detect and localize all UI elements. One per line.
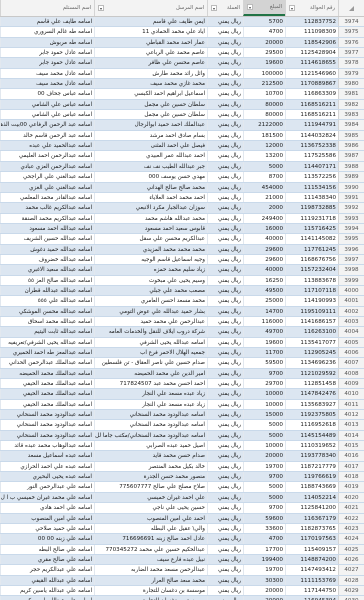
cell-transfer-no[interactable]: 118542906 xyxy=(285,38,338,47)
filter-dropdown-icon[interactable]: ▾ xyxy=(98,5,104,11)
table-row[interactable]: 3978111461865519600ريال يمنيعاصم محسن عل… xyxy=(0,58,364,68)
table-row[interactable]: 39801170889867212500ريال يمنيمحمد غازي م… xyxy=(0,79,364,89)
cell-receiver[interactable]: اسامه عبدالودود محمد السنحاني xyxy=(0,420,94,429)
table-row[interactable]: 402211636717959600ريال يمنياحمد علي امين… xyxy=(0,514,364,524)
cell-currency[interactable]: ريال يمني xyxy=(207,514,243,523)
cell-sender[interactable]: محمد صالح صالح الهداني xyxy=(94,183,207,192)
table-row[interactable]: 4017118721777919700ريال يمنيخالد بكيل مح… xyxy=(0,462,364,472)
row-number[interactable]: 4012 xyxy=(338,410,364,419)
cell-receiver[interactable]: اسامه عبدالملك محمد الحميضه xyxy=(0,369,94,378)
row-number[interactable]: 3975 xyxy=(338,27,364,36)
cell-amount[interactable]: 2122000 xyxy=(243,120,285,129)
cell-amount[interactable]: 25000 xyxy=(243,296,285,305)
cell-sender[interactable]: وسيم يحيى علي مبخوت xyxy=(94,276,207,285)
row-number[interactable]: 4030 xyxy=(338,596,364,600)
row-number[interactable]: 3993 xyxy=(338,214,364,223)
table-row[interactable]: 401411451544895000ريال يمنياسامه عبدالود… xyxy=(0,431,364,441)
row-number[interactable]: 3989 xyxy=(338,172,364,181)
cell-amount[interactable]: 40000 xyxy=(243,234,285,243)
cell-amount[interactable]: 29600 xyxy=(243,245,285,254)
cell-sender[interactable]: محمد محمد محمد المزيدي xyxy=(94,245,207,254)
cell-currency[interactable]: ريال يمني xyxy=(207,472,243,481)
row-number[interactable]: 4005 xyxy=(338,338,364,347)
cell-sender[interactable]: قابوس سعيد احمد مسعود xyxy=(94,224,207,233)
cell-amount[interactable]: 19700 xyxy=(243,565,285,574)
cell-currency[interactable]: ريال يمني xyxy=(207,565,243,574)
row-number[interactable]: 4025 xyxy=(338,545,364,554)
cell-sender[interactable]: صدام حسين علي ناصر العقاق - تن فلسطين xyxy=(94,358,207,367)
cell-currency[interactable]: ريال يمني xyxy=(207,482,243,491)
row-number[interactable]: 4011 xyxy=(338,400,364,409)
table-row[interactable]: 3977112542890429500ريال يمنيعاصم محمد عل… xyxy=(0,48,364,58)
row-number[interactable]: 4014 xyxy=(338,431,364,440)
cell-currency[interactable]: ريال يمني xyxy=(207,379,243,388)
row-number[interactable]: 3986 xyxy=(338,141,364,150)
row-number[interactable]: 4002 xyxy=(338,307,364,316)
table-row[interactable]: 3982116851621180000ريال يمنيسلطان حسين ع… xyxy=(0,100,364,110)
cell-amount[interactable]: 11700 xyxy=(243,348,285,357)
table-row[interactable]: 4005113541707719600ريال يمنياسامه عبدالل… xyxy=(0,338,364,348)
cell-sender[interactable]: سلطان حسين علي مجمل xyxy=(94,100,207,109)
cell-amount[interactable]: 181500 xyxy=(243,131,285,140)
cell-sender[interactable]: شركة دروب ايلاف للنقل والخدمات العامه xyxy=(94,327,207,336)
cell-transfer-no[interactable]: 117107118 xyxy=(285,286,338,295)
cell-receiver[interactable]: اسامه عبده يحيى البحيري xyxy=(0,472,94,481)
cell-currency[interactable]: ريال يمني xyxy=(207,183,243,192)
cell-sender[interactable]: علي احمد غيران خميسي xyxy=(94,493,207,502)
cell-receiver[interactable]: اسامه عبدالقادر محمد المعلمي xyxy=(0,193,94,202)
cell-currency[interactable]: ريال يمني xyxy=(207,100,243,109)
cell-transfer-no[interactable]: 113572256 xyxy=(285,172,338,181)
cell-currency[interactable]: ريال يمني xyxy=(207,451,243,460)
cell-sender[interactable]: محمد مسعد احسن العامري xyxy=(94,296,207,305)
cell-receiver[interactable]: اسامه علي احمد هادي xyxy=(0,503,94,512)
cell-sender[interactable]: بشار حميد عبدالله علي عوض التومي xyxy=(94,307,207,316)
table-row[interactable]: 3983116851621180000ريال يمنيسلطان حسين ع… xyxy=(0,110,364,120)
cell-amount[interactable]: 16000 xyxy=(243,224,285,233)
cell-receiver[interactable]: اسامه عبد الرحمن الرفاعي 00بيت الذهب xyxy=(0,120,94,129)
cell-currency[interactable]: ريال يمني xyxy=(207,79,243,88)
cell-amount[interactable]: 5000 xyxy=(243,420,285,429)
cell-amount[interactable]: 212500 xyxy=(243,79,285,88)
cell-receiver[interactable]: اسامه عبدالله يحيى الشرفي/تعريفيه xyxy=(0,338,94,347)
cell-receiver[interactable]: اسامه عبد الرحمن قاسم خالد xyxy=(0,131,94,140)
row-number[interactable]: 4006 xyxy=(338,348,364,357)
cell-amount[interactable]: 80000 xyxy=(243,110,285,119)
cell-receiver[interactable]: اسامه عبده علي احمد الحرازي xyxy=(0,462,94,471)
row-number[interactable]: 4020 xyxy=(338,493,364,502)
table-row[interactable]: 39791121546960100000ريال يمنيوائل رائد م… xyxy=(0,69,364,79)
cell-amount[interactable]: 29600 xyxy=(243,255,285,264)
cell-sender[interactable]: احمد علي امين المنصوب xyxy=(94,514,207,523)
cell-transfer-no[interactable]: 116263100 xyxy=(285,327,338,336)
cell-receiver[interactable]: اسامه عبدالغني علي الغزي xyxy=(0,183,94,192)
cell-sender[interactable]: اسامه عبدالودود محمد السنحاني/مكتب جاما … xyxy=(94,431,207,440)
row-number[interactable]: 4018 xyxy=(338,472,364,481)
cell-sender[interactable]: صلاح مصلح علي صالح 775607777 xyxy=(94,482,207,491)
cell-receiver[interactable]: اسامه عبدالوهاب محمد عبده قائد xyxy=(0,441,94,450)
cell-currency[interactable]: ريال يمني xyxy=(207,462,243,471)
cell-amount[interactable]: 17700 xyxy=(243,545,285,554)
cell-transfer-no[interactable]: 1168516211 xyxy=(285,110,338,119)
row-number[interactable]: 4009 xyxy=(338,379,364,388)
cell-amount[interactable]: 59500 xyxy=(243,358,285,367)
cell-amount[interactable]: 249400 xyxy=(243,214,285,223)
cell-receiver[interactable]: اسامه علي عبدالله القيفي xyxy=(0,576,94,585)
row-number[interactable]: 4008 xyxy=(338,369,364,378)
cell-sender[interactable]: اسامه عبدالودود محمد السنحاني xyxy=(94,420,207,429)
filter-dropdown-icon[interactable]: ▾ xyxy=(247,4,253,10)
table-row[interactable]: 39841119447912122000ريال يمنيعبدالملك اح… xyxy=(0,120,364,130)
table-row[interactable]: 40181197666199700ريال يمنيمنصور محمد حسن… xyxy=(0,472,364,482)
row-number[interactable]: 4007 xyxy=(338,358,364,367)
cell-amount[interactable]: 20000 xyxy=(243,596,285,600)
row-number[interactable]: 4010 xyxy=(338,389,364,398)
table-row[interactable]: 399611776124529600ريال يمنيمحمد محمد محم… xyxy=(0,245,364,255)
table-row[interactable]: 401311169526185000ريال يمنياسامه عبدالود… xyxy=(0,420,364,430)
cell-receiver[interactable]: اسامه عبده اسماعيل مسعد xyxy=(0,451,94,460)
cell-sender[interactable]: عبدالرحمن علي محمد حميد xyxy=(94,317,207,326)
cell-sender[interactable]: محمد عبدالله هاشم محمد xyxy=(94,214,207,223)
cell-currency[interactable]: ريال يمني xyxy=(207,141,243,150)
cell-currency[interactable]: ريال يمني xyxy=(207,545,243,554)
cell-receiver[interactable]: اسامه علي صالح البطه xyxy=(0,545,94,554)
cell-currency[interactable]: ريال يمني xyxy=(207,420,243,429)
header-amount[interactable]: المبلغ ▾ xyxy=(243,0,285,16)
row-number[interactable]: 3974 xyxy=(338,17,364,26)
cell-currency[interactable]: ريال يمني xyxy=(207,296,243,305)
row-number[interactable]: 4023 xyxy=(338,524,364,533)
cell-sender[interactable]: اياد علي محمد الحمادي 11 xyxy=(94,27,207,36)
cell-receiver[interactable]: اسامه عبدالله ثابت اليتيم xyxy=(0,327,94,336)
cell-amount[interactable]: 5000 xyxy=(243,482,285,491)
cell-transfer-no[interactable]: 114407171 xyxy=(285,162,338,171)
cell-currency[interactable]: ريال يمني xyxy=(207,214,243,223)
cell-receiver[interactable]: اسامه عبدالله احمد مسعود xyxy=(0,224,94,233)
cell-receiver[interactable]: اسامه عبدالودود محمد السنحاني xyxy=(0,431,94,440)
cell-receiver[interactable]: اسامه علي عبدالكريم حجر xyxy=(0,565,94,574)
cell-receiver[interactable]: اسامه عبدالملك محمد الحيفي xyxy=(0,389,94,398)
cell-amount[interactable]: 20000 xyxy=(243,451,285,460)
cell-sender[interactable]: بسام صادق احمد مرشد xyxy=(94,131,207,140)
cell-transfer-no[interactable]: 1121029592 xyxy=(285,369,338,378)
cell-amount[interactable]: 10700 xyxy=(243,89,285,98)
cell-currency[interactable]: ريال يمني xyxy=(207,110,243,119)
cell-currency[interactable]: ريال يمني xyxy=(207,27,243,36)
cell-amount[interactable]: 16250 xyxy=(243,276,285,285)
table-row[interactable]: 39881144071715000ريال يمنيجبر عبدالله ال… xyxy=(0,162,364,172)
cell-currency[interactable]: ريال يمني xyxy=(207,524,243,533)
cell-receiver[interactable]: اسامه عبدالله سعيد الاغبري xyxy=(0,265,94,274)
header-transfer-no[interactable]: رقم الحوالة ▾ xyxy=(285,0,338,16)
cell-currency[interactable]: ريال يمني xyxy=(207,400,243,409)
row-number[interactable]: 4015 xyxy=(338,441,364,450)
row-number[interactable]: 3976 xyxy=(338,38,364,47)
cell-transfer-no[interactable]: 114190993 xyxy=(285,296,338,305)
table-row[interactable]: 3998115723240440000ريال يمنيزياد سليم مح… xyxy=(0,265,364,275)
cell-sender[interactable]: احمد عبدالله عمر العبيدي xyxy=(94,151,207,160)
cell-sender[interactable]: عبدالكريم محسن علي سقل xyxy=(94,234,207,243)
cell-sender[interactable]: اسماعيل ابراهيم احمد الكبسي xyxy=(94,89,207,98)
cell-receiver[interactable]: اسامه عباس علي الشامي xyxy=(0,110,94,119)
cell-currency[interactable]: ريال يمني xyxy=(207,17,243,26)
cell-transfer-no[interactable]: 1145154489 xyxy=(285,431,338,440)
cell-transfer-no[interactable]: 1188743669 xyxy=(285,482,338,491)
table-row[interactable]: 3997116867675629600ريال يمنيوجيه اسماعيل… xyxy=(0,255,364,265)
table-row[interactable]: 399411571642516000ريال يمنيقابوس سعيد اح… xyxy=(0,224,364,234)
cell-sender[interactable]: زياد سليم محمد حمزه xyxy=(94,265,207,274)
cell-currency[interactable]: ريال يمني xyxy=(207,286,243,295)
cell-receiver[interactable]: اسامه علي عبدالرحمن النور xyxy=(0,482,94,491)
row-number[interactable]: 4004 xyxy=(338,327,364,336)
cell-amount[interactable]: 30300 xyxy=(243,576,285,585)
cell-transfer-no[interactable]: 1111153769 xyxy=(285,576,338,585)
cell-receiver[interactable]: اسامه عبدالله حسين الشريف xyxy=(0,234,94,243)
table-row[interactable]: 4007113469623659500ريال يمنيصدام حسين عل… xyxy=(0,358,364,368)
cell-amount[interactable]: 13200 xyxy=(243,151,285,160)
cell-amount[interactable]: 9700 xyxy=(243,503,285,512)
cell-sender[interactable]: زياد عبده مسعد علي النجار xyxy=(94,400,207,409)
cell-amount[interactable]: 15000 xyxy=(243,410,285,419)
cell-receiver[interactable]: اسامه عبدالودود محمد السنحاني xyxy=(0,410,94,419)
row-number[interactable]: 3983 xyxy=(338,110,364,119)
cell-transfer-no[interactable]: 1157232404 xyxy=(285,265,338,274)
table-row[interactable]: 399111143834021000ريال يمنياحمد محمد احم… xyxy=(0,193,364,203)
cell-sender[interactable]: امير الدين علي محمد الحميضه xyxy=(94,369,207,378)
cell-receiver[interactable]: اسامه عادل محمد سيف xyxy=(0,79,94,88)
cell-sender[interactable]: سوزان عبدالجبار مكرد الانبعي xyxy=(94,203,207,212)
cell-amount[interactable]: 49700 xyxy=(243,327,285,336)
table-row[interactable]: 399911388367816250ريال يمنيوسيم يحيى علي… xyxy=(0,276,364,286)
cell-currency[interactable]: ريال يمني xyxy=(207,348,243,357)
row-number[interactable]: 3978 xyxy=(338,58,364,67)
cell-receiver[interactable]: اسامه علي عبدالله ياسين كريم xyxy=(0,596,94,600)
table-row[interactable]: 39851144032824181500ريال يمنيبسام صادق ا… xyxy=(0,131,364,141)
cell-transfer-no[interactable]: 112851458 xyxy=(285,379,338,388)
cell-sender[interactable]: اسامه عبدالودود محمد السنحاني xyxy=(94,410,207,419)
table-row[interactable]: 40261148874200199400ريال يمنينبيل عبده ف… xyxy=(0,555,364,565)
cell-currency[interactable]: ريال يمني xyxy=(207,596,243,600)
table-row[interactable]: 398111686330910700ريال يمنياسماعيل ابراه… xyxy=(0,89,364,99)
table-row[interactable]: 4010114784247610000ريال يمنيزياد عبده مس… xyxy=(0,389,364,399)
table-row[interactable]: 402911714475020000ريال يمنيموسسة بن دغسا… xyxy=(0,586,364,596)
cell-transfer-no[interactable]: 1136752338 xyxy=(285,141,338,150)
row-number[interactable]: 3988 xyxy=(338,162,364,171)
cell-amount[interactable]: 4700 xyxy=(243,27,285,36)
table-row[interactable]: 400111419099325000ريال يمنيمحمد مسعد احس… xyxy=(0,296,364,306)
cell-sender[interactable]: عبدالرحمن مسعد محمد الضاربه xyxy=(94,565,207,574)
header-receiver[interactable]: اسم المستلم xyxy=(0,0,94,16)
cell-transfer-no[interactable]: 117761245 xyxy=(285,245,338,254)
cell-transfer-no[interactable]: 116367179 xyxy=(285,514,338,523)
cell-receiver[interactable]: اسامه عبدالله عبدالله قطران xyxy=(0,286,94,295)
cell-transfer-no[interactable]: 1121546960 xyxy=(285,69,338,78)
cell-transfer-no[interactable]: 1147493412 xyxy=(285,565,338,574)
cell-currency[interactable]: ريال يمني xyxy=(207,193,243,202)
cell-amount[interactable]: 5700 xyxy=(243,17,285,26)
cell-amount[interactable]: 5000 xyxy=(243,431,285,440)
cell-currency[interactable]: ريال يمني xyxy=(207,48,243,57)
cell-transfer-no[interactable]: 1195109111 xyxy=(285,307,338,316)
cell-sender[interactable]: محمد غازي محمد سيف xyxy=(94,79,207,88)
row-number[interactable]: 3990 xyxy=(338,183,364,192)
cell-amount[interactable]: 10000 xyxy=(243,389,285,398)
table-row[interactable]: 397611854290620000ريال يمنيعمار احمد محم… xyxy=(0,38,364,48)
cell-currency[interactable]: ريال يمني xyxy=(207,503,243,512)
cell-transfer-no[interactable]: 1119231718 xyxy=(285,214,338,223)
cell-amount[interactable]: 116000 xyxy=(243,317,285,326)
row-number[interactable]: 4027 xyxy=(338,565,364,574)
cell-amount[interactable]: 199400 xyxy=(243,555,285,564)
cell-sender[interactable]: والي\ عقيل علي البطله xyxy=(94,524,207,533)
cell-receiver[interactable]: اسامه عبدالكريم محمد الصنقة xyxy=(0,214,94,223)
table-row[interactable]: 3990111534156454000ريال يمنيمحمد صالح صا… xyxy=(0,183,364,193)
cell-sender[interactable]: نبيل عبده فارع سيف xyxy=(94,555,207,564)
cell-amount[interactable]: 454000 xyxy=(243,183,285,192)
row-number[interactable]: 3985 xyxy=(338,131,364,140)
cell-amount[interactable]: 29700 xyxy=(243,379,285,388)
row-number[interactable]: 3984 xyxy=(338,120,364,129)
cell-currency[interactable]: ريال يمني xyxy=(207,586,243,595)
table-row[interactable]: 400011710711849500ريال يمنيمصعب محمد علي… xyxy=(0,286,364,296)
row-number[interactable]: 3981 xyxy=(338,89,364,98)
cell-currency[interactable]: ريال يمني xyxy=(207,172,243,181)
cell-transfer-no[interactable]: 1182873765 xyxy=(285,524,338,533)
cell-sender[interactable]: حسين يحيى علي ناجي xyxy=(94,503,207,512)
cell-receiver[interactable]: اسامه عبدالرحمن العزي عبادي xyxy=(0,162,94,171)
cell-currency[interactable]: ريال يمني xyxy=(207,38,243,47)
cell-receiver[interactable]: اسامه طه غالم السروري xyxy=(0,27,94,36)
cell-transfer-no[interactable]: 1125841200 xyxy=(285,503,338,512)
table-row[interactable]: 400411626310049700ريال يمنيشركة دروب ايل… xyxy=(0,327,364,337)
cell-currency[interactable]: ريال يمني xyxy=(207,534,243,543)
row-number[interactable]: 3980 xyxy=(338,79,364,88)
cell-transfer-no[interactable]: 111944791 xyxy=(285,120,338,129)
cell-currency[interactable]: ريال يمني xyxy=(207,441,243,450)
cell-currency[interactable]: ريال يمني xyxy=(207,234,243,243)
cell-receiver[interactable]: اسامه عادل حمود جابر xyxy=(0,58,94,67)
cell-amount[interactable]: 12000 xyxy=(243,141,285,150)
cell-transfer-no[interactable]: 1148874200 xyxy=(285,555,338,564)
cell-currency[interactable]: ريال يمني xyxy=(207,245,243,254)
row-number[interactable]: 3979 xyxy=(338,69,364,78)
cell-transfer-no[interactable]: 1192375805 xyxy=(285,410,338,419)
table-row[interactable]: 39741128377525700ريال يمنيايمن طايف علي … xyxy=(0,17,364,27)
cell-transfer-no[interactable]: 1135417077 xyxy=(285,338,338,347)
table-row[interactable]: 40201140522145000ريال يمنيعلي احمد غيران… xyxy=(0,493,364,503)
header-currency[interactable]: العملة ▾ xyxy=(207,0,243,16)
cell-transfer-no[interactable]: 1141686157 xyxy=(285,317,338,326)
cell-sender[interactable]: عادل احمد صالح زبنه 716696691 xyxy=(94,534,207,543)
table-row[interactable]: 403011694539420000ريال يمنيموسسة بن دغسا… xyxy=(0,596,364,600)
cell-transfer-no[interactable]: 1125428904 xyxy=(285,48,338,57)
cell-sender[interactable]: موسسة بن دغسان للتجارة xyxy=(94,596,207,600)
cell-sender[interactable]: عاصم محمد علي الرباعي xyxy=(94,48,207,57)
table-row[interactable]: 401911887436695000ريال يمنيصلاح مصلح علي… xyxy=(0,482,364,492)
row-number[interactable]: 4000 xyxy=(338,286,364,295)
cell-amount[interactable]: 80000 xyxy=(243,100,285,109)
cell-amount[interactable]: 19600 xyxy=(243,338,285,347)
cell-sender[interactable]: احمد احسن محمد عبد 717824507 xyxy=(94,379,207,388)
cell-currency[interactable]: ريال يمني xyxy=(207,576,243,585)
cell-receiver[interactable]: اسامه عبدالله حميد دغوش xyxy=(0,245,94,254)
cell-transfer-no[interactable]: 119766619 xyxy=(285,472,338,481)
cell-receiver[interactable]: اسامه عبدالملك محمد الحيفي xyxy=(0,400,94,409)
cell-amount[interactable]: 20000 xyxy=(243,586,285,595)
row-number[interactable]: 3994 xyxy=(338,224,364,233)
cell-receiver[interactable]: اسامه عباس علي الشامي xyxy=(0,100,94,109)
cell-currency[interactable]: ريال يمني xyxy=(207,151,243,160)
table-row[interactable]: 39751110983094700ريال يمنياياد علي محمد … xyxy=(0,27,364,37)
table-row[interactable]: 402511540915717700ريال يمنيعبدالحكيم حسي… xyxy=(0,545,364,555)
cell-receiver[interactable]: اسامه عباس جحاف 00 xyxy=(0,89,94,98)
cell-sender[interactable]: وجيه اسماعيل قاسم الوجيه xyxy=(94,255,207,264)
row-number[interactable]: 3991 xyxy=(338,193,364,202)
cell-transfer-no[interactable]: 111534156 xyxy=(285,183,338,192)
cell-transfer-no[interactable]: 116863309 xyxy=(285,89,338,98)
row-number[interactable]: 4003 xyxy=(338,317,364,326)
row-number[interactable]: 3998 xyxy=(338,265,364,274)
table-row[interactable]: 4002119510911114700ريال يمنيبشار حميد عب… xyxy=(0,307,364,317)
table-row[interactable]: 4027114749341219700ريال يمنيعبدالرحمن مس… xyxy=(0,565,364,575)
cell-transfer-no[interactable]: 1168676756 xyxy=(285,255,338,264)
table-row[interactable]: 398711752558613200ريال يمنياحمد عبدالله … xyxy=(0,151,364,161)
cell-receiver[interactable]: اسامه علي صالح مقري xyxy=(0,555,94,564)
cell-currency[interactable]: ريال يمني xyxy=(207,555,243,564)
cell-sender[interactable]: محمد سعد صالح العرار xyxy=(94,576,207,585)
cell-amount[interactable]: 9700 xyxy=(243,472,285,481)
cell-transfer-no[interactable]: 1135683927 xyxy=(285,400,338,409)
cell-amount[interactable]: 19600 xyxy=(243,58,285,67)
cell-receiver[interactable]: اسامه طه مربوش xyxy=(0,38,94,47)
select-all-corner[interactable] xyxy=(338,0,364,16)
table-row[interactable]: 39931119231718249400ريال يمنيمحمد عبدالل… xyxy=(0,214,364,224)
cell-transfer-no[interactable]: 1116952618 xyxy=(285,420,338,429)
cell-amount[interactable]: 4700 xyxy=(243,534,285,543)
cell-receiver[interactable]: اسامه علي امين المنصوب xyxy=(0,514,94,523)
filter-dropdown-icon[interactable]: ▾ xyxy=(211,5,217,11)
cell-receiver[interactable]: اسامه طايف علي قاسم xyxy=(0,17,94,26)
cell-amount[interactable]: 5000 xyxy=(243,162,285,171)
cell-receiver[interactable]: اسامه علي محمد غيران خميسي ب ا ل ٥ و xyxy=(0,493,94,502)
table-row[interactable]: 4028111115376930300ريال يمنيمحمد سعد صال… xyxy=(0,576,364,586)
cell-receiver[interactable]: اسامه عبدالمعز طه احمد الحميري xyxy=(0,348,94,357)
cell-transfer-no[interactable]: 1193778340 xyxy=(285,451,338,460)
cell-receiver[interactable]: اسامه عبدالكريم غالب محمد xyxy=(0,203,94,212)
cell-receiver[interactable]: اسامه عادل محمد سيف xyxy=(0,69,94,78)
cell-sender[interactable]: سلطان حسين علي مجمل xyxy=(94,110,207,119)
row-number[interactable]: 4024 xyxy=(338,534,364,543)
row-number[interactable]: 4029 xyxy=(338,586,364,595)
row-number[interactable]: 4028 xyxy=(338,576,364,585)
cell-sender[interactable]: عمار احمد محمد القباطي xyxy=(94,38,207,47)
table-row[interactable]: 3986113675233812000ريال يمنيفيصل علي احم… xyxy=(0,141,364,151)
cell-amount[interactable]: 49500 xyxy=(243,286,285,295)
cell-amount[interactable]: 14700 xyxy=(243,307,285,316)
row-number[interactable]: 4019 xyxy=(338,482,364,491)
table-row[interactable]: 4016119377834020000ريال يمنيصدام حسن محم… xyxy=(0,451,364,461)
cell-sender[interactable]: جبر عبدالله الطيب نف نف xyxy=(94,162,207,171)
cell-sender[interactable]: خالد بكيل محمد المنتصر xyxy=(94,462,207,471)
cell-receiver[interactable]: اسامه عبدالله علي ٥٥٥ xyxy=(0,296,94,305)
cell-transfer-no[interactable]: 113883678 xyxy=(285,276,338,285)
cell-transfer-no[interactable]: 1170889867 xyxy=(285,79,338,88)
cell-currency[interactable]: ريال يمني xyxy=(207,431,243,440)
cell-currency[interactable]: ريال يمني xyxy=(207,317,243,326)
row-number[interactable]: 3987 xyxy=(338,151,364,160)
cell-sender[interactable]: مهدي حسن يوسف 000 xyxy=(94,172,207,181)
cell-transfer-no[interactable]: 115716425 xyxy=(285,224,338,233)
